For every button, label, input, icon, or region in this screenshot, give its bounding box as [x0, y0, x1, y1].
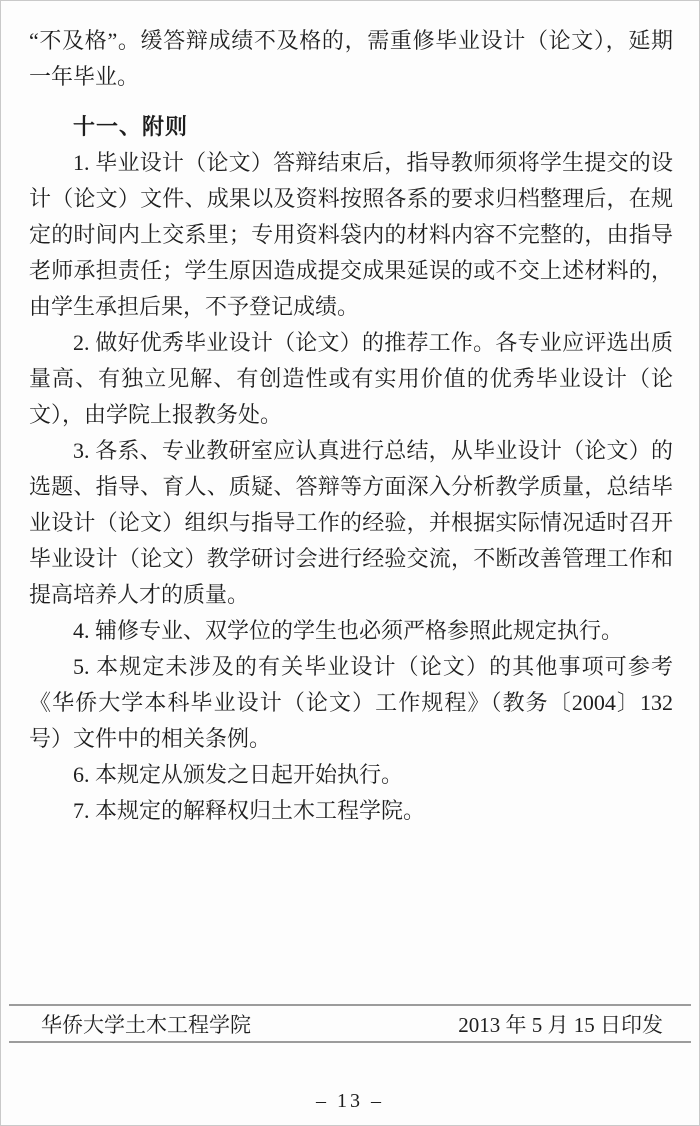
paragraph-continuation: “不及格”。缓答辩成绩不及格的，需重修毕业设计（论文），延期一年毕业。 — [29, 23, 673, 95]
footer-date: 2013 年 5 月 15 日印发 — [458, 1009, 663, 1039]
clause-4: 4. 辅修专业、双学位的学生也必须严格参照此规定执行。 — [29, 613, 673, 649]
clause-3: 3. 各系、专业教研室应认真进行总结，从毕业设计（论文）的选题、指导、育人、质疑… — [29, 433, 673, 613]
page-footer: 华侨大学土木工程学院 2013 年 5 月 15 日印发 — [9, 1004, 691, 1043]
page-number: – 13 – — [1, 1090, 699, 1113]
clause-2: 2. 做好优秀毕业设计（论文）的推荐工作。各专业应评选出质量高、有独立见解、有创… — [29, 325, 673, 433]
clause-6: 6. 本规定从颁发之日起开始执行。 — [29, 757, 673, 793]
clause-7: 7. 本规定的解释权归土木工程学院。 — [29, 793, 673, 829]
document-page: “不及格”。缓答辩成绩不及格的，需重修毕业设计（论文），延期一年毕业。 十一、附… — [0, 0, 700, 1126]
clause-1: 1. 毕业设计（论文）答辩结束后，指导教师须将学生提交的设计（论文）文件、成果以… — [29, 145, 673, 325]
footer-issuer: 华侨大学土木工程学院 — [41, 1009, 251, 1039]
document-body: “不及格”。缓答辩成绩不及格的，需重修毕业设计（论文），延期一年毕业。 十一、附… — [29, 23, 673, 829]
section-heading: 十一、附则 — [29, 109, 673, 145]
clause-5: 5. 本规定未涉及的有关毕业设计（论文）的其他事项可参考《华侨大学本科毕业设计（… — [29, 649, 673, 757]
